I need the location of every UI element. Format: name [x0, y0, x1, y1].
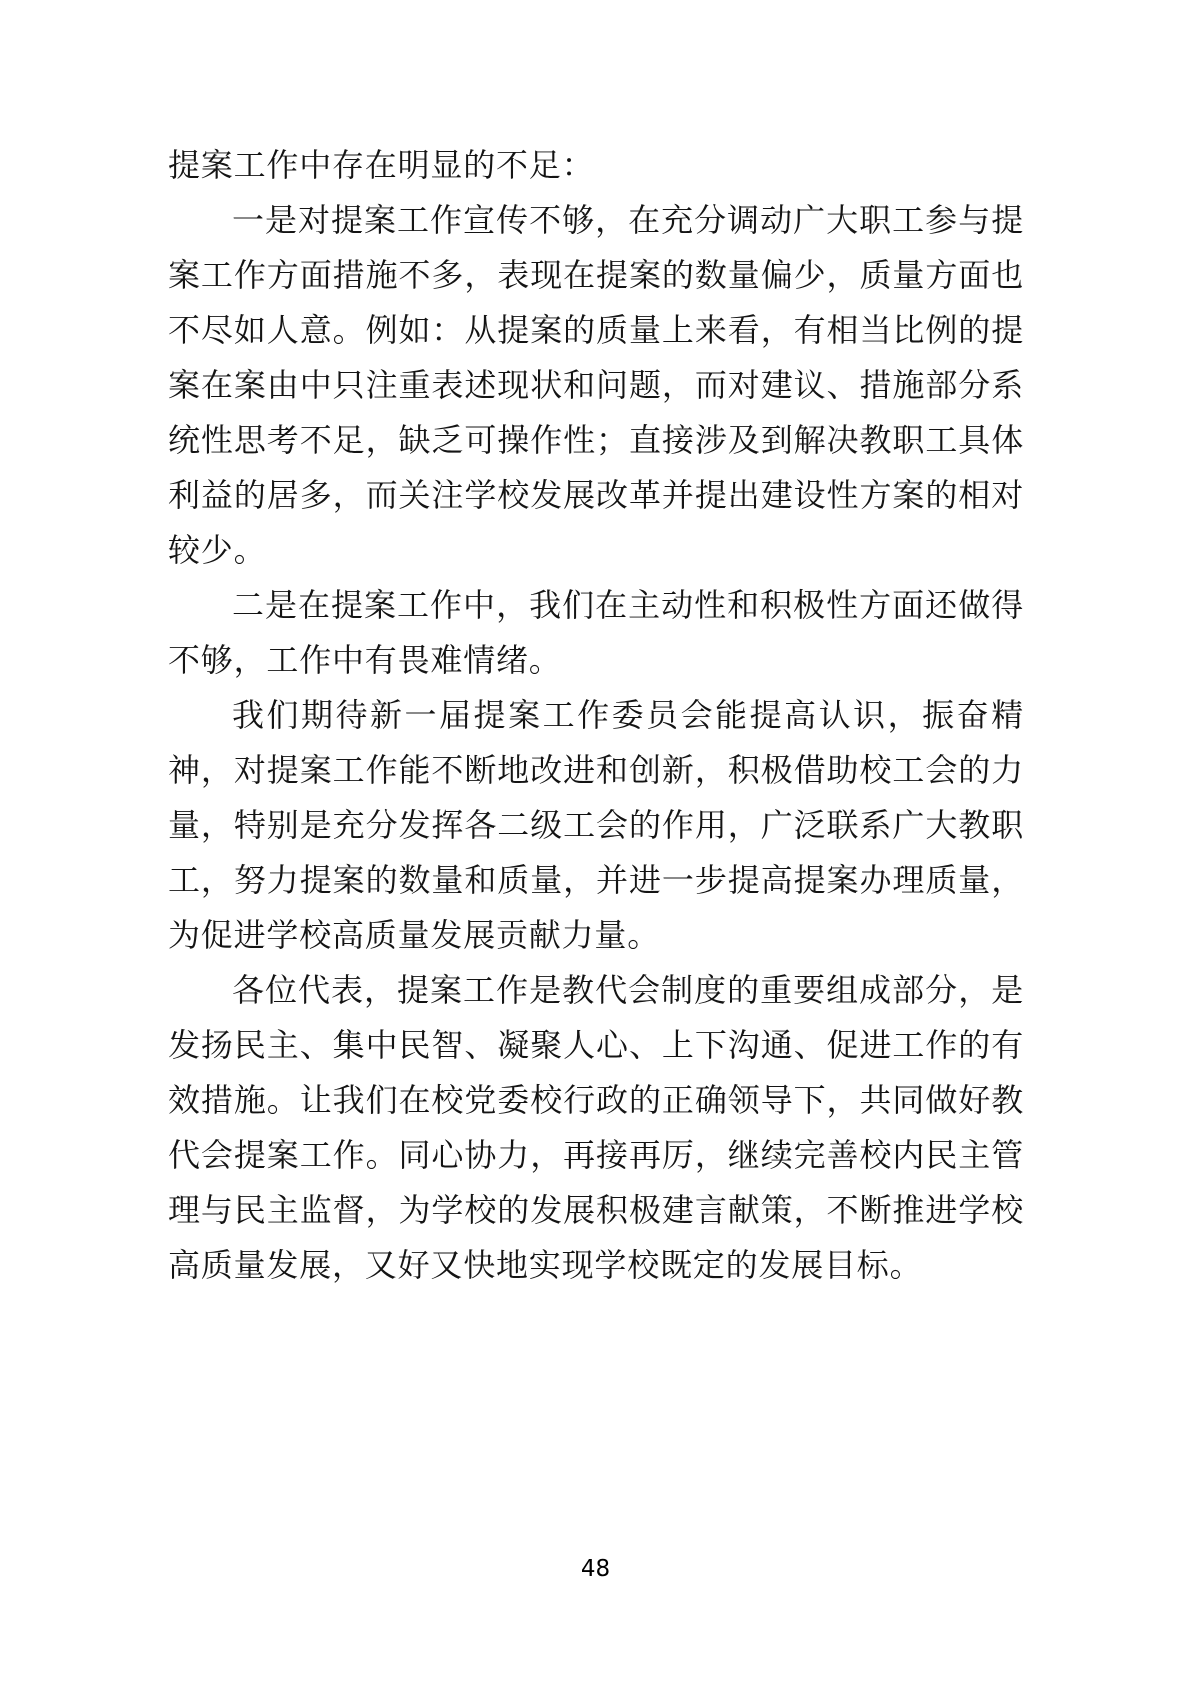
paragraph: 一是对提案工作宣传不够，在充分调动广大职工参与提案工作方面措施不多，表现在提案的…: [168, 193, 1024, 578]
document-page: 提案工作中存在明显的不足：一是对提案工作宣传不够，在充分调动广大职工参与提案工作…: [0, 0, 1191, 1684]
paragraph: 我们期待新一届提案工作委员会能提高认识，振奋精神，对提案工作能不断地改进和创新，…: [168, 688, 1024, 963]
page-number: 48: [0, 1556, 1191, 1582]
paragraph: 二是在提案工作中，我们在主动性和积极性方面还做得不够，工作中有畏难情绪。: [168, 578, 1024, 688]
document-body: 提案工作中存在明显的不足：一是对提案工作宣传不够，在充分调动广大职工参与提案工作…: [168, 138, 1024, 1293]
paragraph: 各位代表，提案工作是教代会制度的重要组成部分，是发扬民主、集中民智、凝聚人心、上…: [168, 963, 1024, 1293]
paragraph: 提案工作中存在明显的不足：: [168, 138, 1024, 193]
